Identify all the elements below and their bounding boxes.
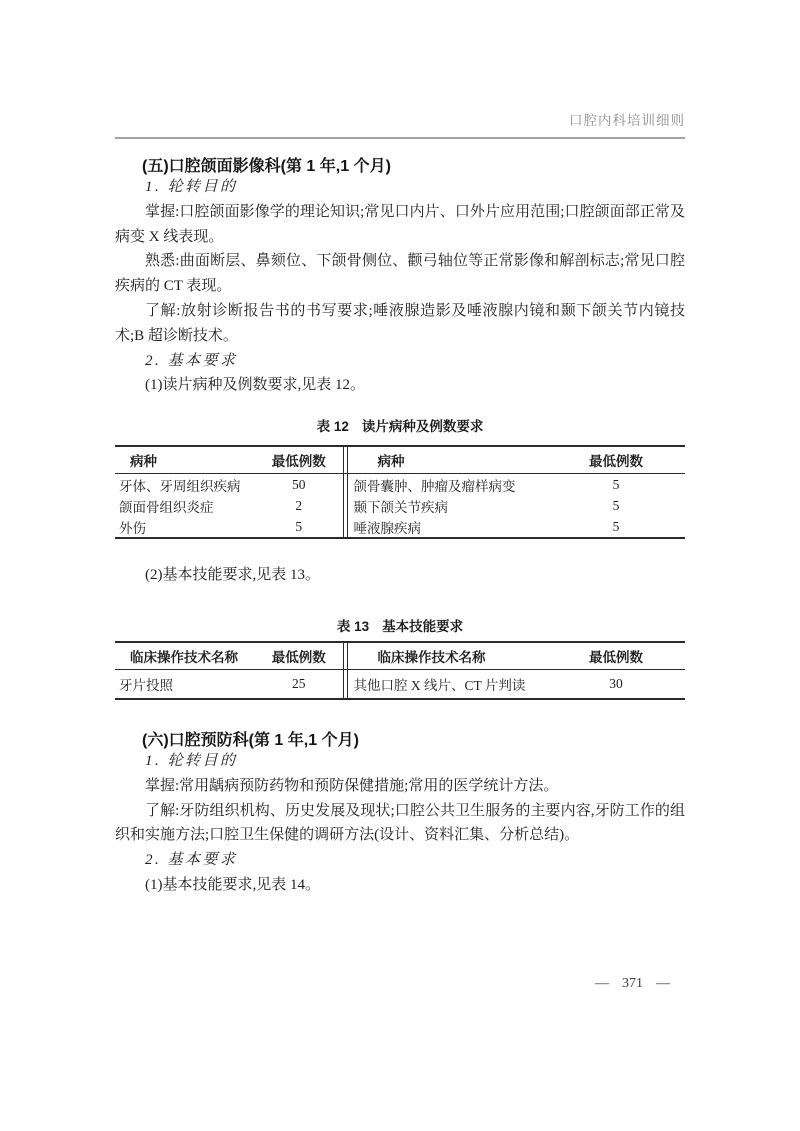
- table-13-caption: 表 13基本技能要求: [115, 618, 685, 636]
- section-6-heading: (六)口腔预防科(第 1 年,1 个月): [115, 732, 685, 749]
- table-12-header-row: 病种 最低例数 病种 最低例数: [115, 446, 685, 474]
- table-cell: 50: [255, 474, 343, 496]
- table-cell: 2: [255, 495, 343, 516]
- s6-grasp-paragraph: 掌握:常用龋病预防药物和预防保健措施;常用的医学统计方法。: [115, 774, 685, 799]
- table-13-header-skill-left: 临床操作技术名称: [115, 642, 255, 670]
- table-13-caption-title: 基本技能要求: [382, 619, 463, 634]
- footer-dash-left: —: [595, 976, 609, 992]
- footer-dash-right: —: [656, 976, 670, 992]
- table-cell: 颌骨囊肿、肿瘤及瘤样病变: [347, 474, 547, 496]
- table-12-header-min-cases-left: 最低例数: [255, 446, 343, 474]
- s6-basic-requirements-subheading: 2. 基本要求: [115, 848, 685, 873]
- table-12: 病种 最低例数 病种 最低例数 牙体、牙周组织疾病 50 颌骨囊肿、肿瘤及瘤样病…: [115, 445, 685, 539]
- table-row: 牙片投照 25 其他口腔 X 线片、CT 片判读 30: [115, 669, 685, 699]
- table-row: 颌面骨组织炎症 2 颞下颌关节疾病 5: [115, 495, 685, 516]
- table-cell: 5: [547, 516, 685, 538]
- s5-basic-requirements-subheading: 2. 基本要求: [115, 349, 685, 374]
- table-cell: 5: [547, 474, 685, 496]
- page-number-footer: — 371 —: [595, 976, 670, 992]
- table-13-header-row: 临床操作技术名称 最低例数 临床操作技术名称 最低例数: [115, 642, 685, 670]
- table-cell: 牙体、牙周组织疾病: [115, 474, 255, 496]
- s5-requirement-2-paragraph: (2)基本技能要求,见表 13。: [115, 563, 685, 588]
- document-page: 口腔内科培训细则 (五)口腔颌面影像科(第 1 年,1 个月) 1. 轮转目的 …: [0, 0, 800, 1131]
- section-5-heading: (五)口腔颌面影像科(第 1 年,1 个月): [115, 158, 685, 175]
- table-12-caption: 表 12读片病种及例数要求: [115, 418, 685, 436]
- table-13-header-min-cases-right: 最低例数: [547, 642, 685, 670]
- section-6-body: 1. 轮转目的 掌握:常用龋病预防药物和预防保健措施;常用的医学统计方法。 了解…: [115, 749, 685, 898]
- s5-rotation-purpose-subheading: 1. 轮转目的: [115, 175, 685, 200]
- section-5-body: 1. 轮转目的 掌握:口腔颌面影像学的理论知识;常见口内片、口外片应用范围;口腔…: [115, 175, 685, 398]
- table-13-caption-label: 表 13: [337, 619, 369, 634]
- table-row: 外伤 5 唾液腺疾病 5: [115, 516, 685, 538]
- table-12-caption-label: 表 12: [317, 419, 349, 434]
- table-13-header-skill-right: 临床操作技术名称: [347, 642, 547, 670]
- table-cell: 其他口腔 X 线片、CT 片判读: [347, 669, 547, 699]
- s5-understand-paragraph: 了解:放射诊断报告书的书写要求;唾液腺造影及唾液腺内镜和颞下颌关节内镜技术;B …: [115, 299, 685, 349]
- s6-rotation-purpose-subheading: 1. 轮转目的: [115, 749, 685, 774]
- table-cell: 外伤: [115, 516, 255, 538]
- table-13-header-min-cases-left: 最低例数: [255, 642, 343, 670]
- table-cell: 5: [547, 495, 685, 516]
- running-header-title: 口腔内科培训细则: [569, 113, 685, 128]
- table-12-header-min-cases-right: 最低例数: [547, 446, 685, 474]
- table-row: 牙体、牙周组织疾病 50 颌骨囊肿、肿瘤及瘤样病变 5: [115, 474, 685, 496]
- table-12-header-disease-left: 病种: [115, 446, 255, 474]
- page-number: 371: [622, 976, 643, 992]
- table-cell: 25: [255, 669, 343, 699]
- table-cell: 唾液腺疾病: [347, 516, 547, 538]
- running-header: 口腔内科培训细则: [115, 114, 685, 139]
- table-cell: 牙片投照: [115, 669, 255, 699]
- table-cell: 颌面骨组织炎症: [115, 495, 255, 516]
- table-cell: 颞下颌关节疾病: [347, 495, 547, 516]
- table-13: 临床操作技术名称 最低例数 临床操作技术名称 最低例数 牙片投照 25 其他口腔…: [115, 641, 685, 700]
- s5-grasp-paragraph: 掌握:口腔颌面影像学的理论知识;常见口内片、口外片应用范围;口腔颌面部正常及病变…: [115, 200, 685, 250]
- table-cell: 30: [547, 669, 685, 699]
- s5-requirement-1-paragraph: (1)读片病种及例数要求,见表 12。: [115, 373, 685, 398]
- s6-understand-paragraph: 了解:牙防组织机构、历史发展及现状;口腔公共卫生服务的主要内容,牙防工作的组织和…: [115, 799, 685, 849]
- table-12-caption-title: 读片病种及例数要求: [362, 419, 484, 434]
- s6-requirement-1-paragraph: (1)基本技能要求,见表 14。: [115, 873, 685, 898]
- page-content: 口腔内科培训细则 (五)口腔颌面影像科(第 1 年,1 个月) 1. 轮转目的 …: [115, 0, 685, 898]
- table-12-header-disease-right: 病种: [347, 446, 547, 474]
- between-tables-body: (2)基本技能要求,见表 13。: [115, 563, 685, 588]
- table-cell: 5: [255, 516, 343, 538]
- s5-familiar-paragraph: 熟悉:曲面断层、鼻颏位、下颌骨侧位、颧弓轴位等正常影像和解剖标志;常见口腔疾病的…: [115, 249, 685, 299]
